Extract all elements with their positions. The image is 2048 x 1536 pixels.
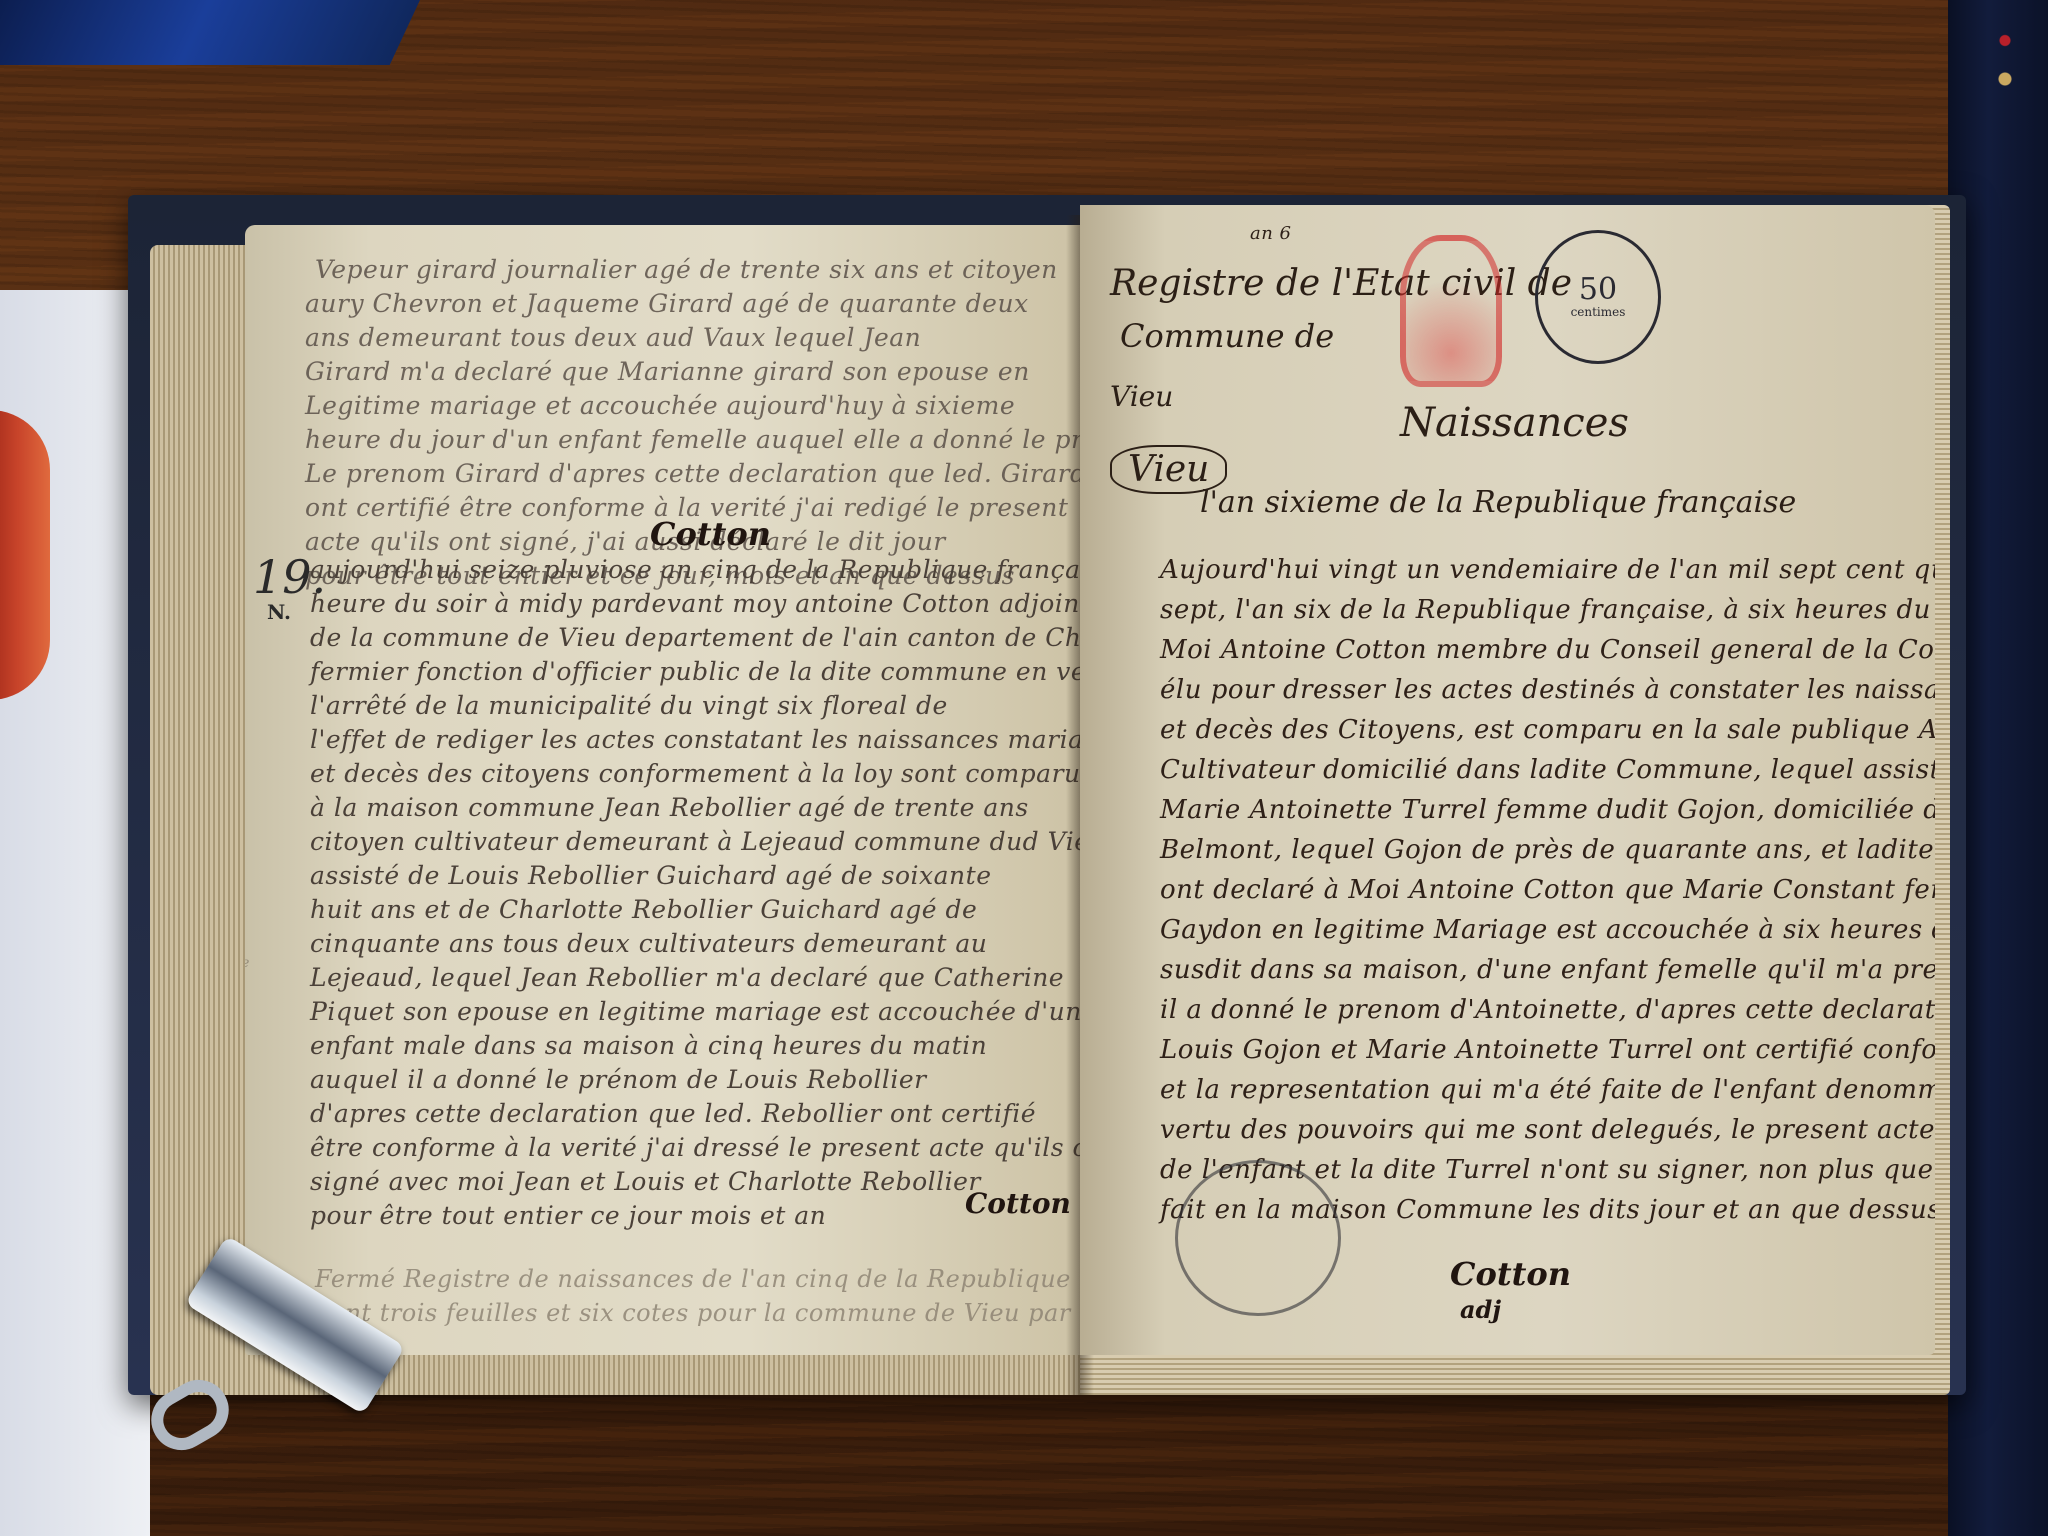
text-line: Aujourd'hui vingt un vendemiaire de l'an… xyxy=(1160,555,1935,585)
text-line: Lejeaud, lequel Jean Rebollier m'a decla… xyxy=(310,963,1064,992)
text-line: citoyen cultivateur demeurant à Lejeaud … xyxy=(310,827,1080,856)
text-line: l'effet de rediger les actes constatant … xyxy=(310,725,1080,754)
text-line: élu pour dresser les actes destinés à co… xyxy=(1160,675,1935,705)
text-line: Piquet son epouse en legitime mariage es… xyxy=(310,997,1080,1026)
text-line: il a donné le prenom d'Antoinette, d'apr… xyxy=(1160,995,1935,1025)
text-line: et decès des citoyens conformement à la … xyxy=(310,759,1080,788)
blue-folder xyxy=(0,0,420,65)
text-line: sept, l'an six de la Republique français… xyxy=(1160,595,1935,625)
text-line: aujourd'hui seize pluviose an cinq de la… xyxy=(310,555,1080,584)
bulldog-clip xyxy=(150,1245,400,1445)
text-line: Gaydon en legitime Mariage est accouchée… xyxy=(1160,915,1935,945)
text-line: Belmont, lequel Gojon de près de quarant… xyxy=(1160,835,1935,865)
text-line: assisté de Louis Rebollier Guichard agé … xyxy=(310,861,992,890)
text-line: enfant male dans sa maison à cinq heures… xyxy=(310,1031,987,1060)
text-line: et decès des Citoyens, est comparu en la… xyxy=(1160,715,1935,745)
text-line: Moi Antoine Cotton membre du Conseil gen… xyxy=(1160,635,1935,665)
section-title: Naissances xyxy=(1400,400,1629,446)
closing-line: Fermé Registre de naissances de l'an cin… xyxy=(315,1265,1071,1293)
text-line: et la representation qui m'a été faite d… xyxy=(1160,1075,1935,1105)
margin-note: fecilane xyxy=(245,955,250,971)
stamp-value: 50 xyxy=(1579,275,1617,305)
text-line: susdit dans sa maison, d'une enfant feme… xyxy=(1160,955,1935,985)
text-line: pour être tout entier ce jour mois et an xyxy=(310,1201,826,1230)
text-line: signé avec moi Jean et Louis et Charlott… xyxy=(310,1167,981,1196)
text-line: être conforme à la verité j'ai dressé le… xyxy=(310,1133,1080,1162)
text-line: Louis Gojon et Marie Antoinette Turrel o… xyxy=(1160,1035,1935,1065)
signature: Cotton xyxy=(1450,1255,1571,1293)
section-subtitle: l'an sixieme de la Republique française xyxy=(1200,485,1796,520)
signature-adj: adj xyxy=(1460,1295,1501,1324)
text-line: huit ans et de Charlotte Rebollier Guich… xyxy=(310,895,977,924)
text-line: de la commune de Vieu departement de l'a… xyxy=(310,623,1080,652)
text-line: vertu des pouvoirs qui me sont delegués,… xyxy=(1160,1115,1935,1145)
text-line: l'arrêté de la municipalité du vingt six… xyxy=(310,691,948,720)
faded-round-stamp xyxy=(1175,1160,1341,1316)
red-pouch xyxy=(0,410,50,700)
stamp-unit: centimes xyxy=(1571,305,1626,319)
text-line: à la maison commune Jean Rebollier agé d… xyxy=(310,793,1029,822)
red-seal-stamp xyxy=(1400,235,1502,387)
text-line: Marie Antoinette Turrel femme dudit Gojo… xyxy=(1160,795,1935,825)
tax-stamp: 50 centimes xyxy=(1535,230,1661,364)
text-line: heure du soir à midy pardevant moy antoi… xyxy=(310,589,1080,618)
register-header: Registre de l'Etat civil de xyxy=(1110,263,1572,304)
margin-label: Vieu xyxy=(1110,380,1173,413)
left-page-entry-19: aujourd'hui seize pluviose an cinq de la… xyxy=(245,225,1080,1355)
text-line: auquel il a donné le prénom de Louis Reb… xyxy=(310,1065,927,1094)
signature: Cotton xyxy=(965,1187,1071,1220)
right-page: an 6 Registre de l'Etat civil de Commune… xyxy=(1080,205,1935,1355)
text-line: cinquante ans tous deux cultivateurs dem… xyxy=(310,929,987,958)
text-line: Cultivateur domicilié dans ladite Commun… xyxy=(1160,755,1935,785)
commune-header: Commune de xyxy=(1120,317,1334,355)
text-line: ont declaré à Moi Antoine Cotton que Mar… xyxy=(1160,875,1935,905)
text-line: d'apres cette declaration que led. Rebol… xyxy=(310,1099,1036,1128)
text-line: fermier fonction d'officier public de la… xyxy=(310,657,1080,686)
year-note: an 6 xyxy=(1250,223,1292,244)
embroidered-flower-icon xyxy=(1998,30,2012,100)
